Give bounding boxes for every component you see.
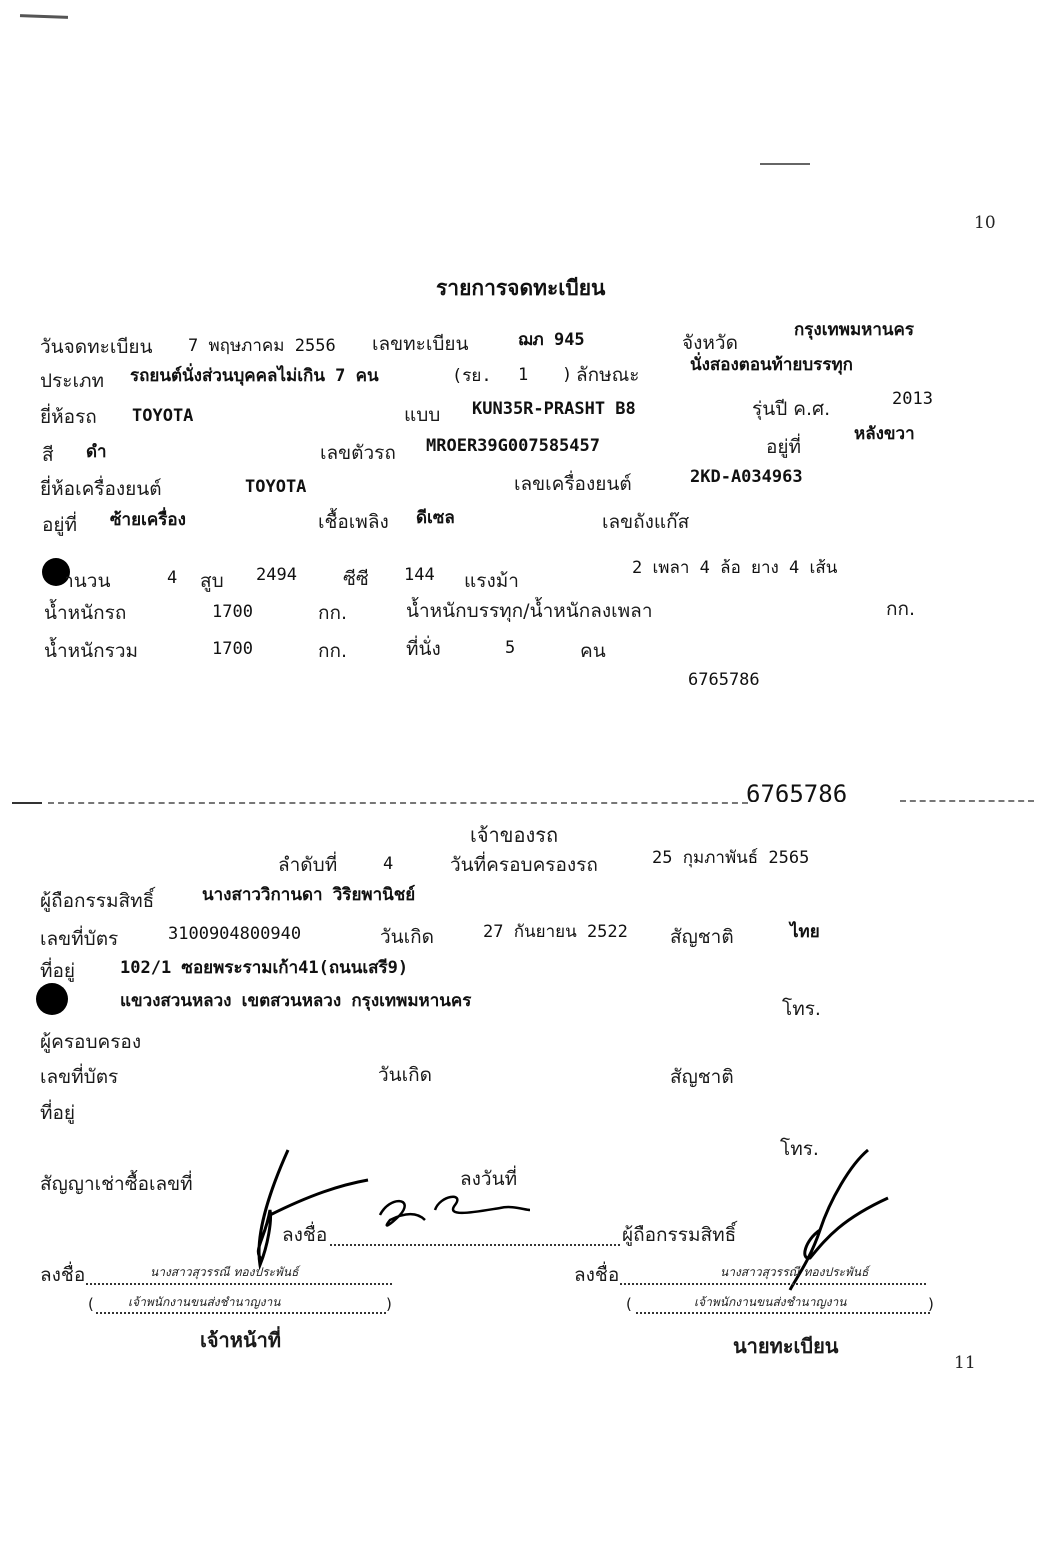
model-year: 2013 [892, 391, 933, 408]
dob-label: วันเกิด [380, 928, 434, 947]
hp-unit: แรงม้า [464, 572, 519, 591]
engine-number: 2KD-A034963 [690, 469, 803, 486]
nationality-label: สัญชาติ [670, 928, 734, 947]
owner-title: เจ้าของรถ [470, 825, 558, 845]
id-number: 3100904800940 [168, 926, 301, 943]
form-serial: 6765786 [688, 672, 760, 689]
plate-label: เลขทะเบียน [372, 335, 469, 354]
possessor-dob-label: วันเกิด [378, 1066, 432, 1085]
officer-sign-line [86, 1283, 392, 1285]
weight-unit: กก. [318, 604, 347, 623]
type-label: ประเภท [40, 372, 104, 391]
registrar-position: เจ้าพนักงานขนส่งชำนาญงาน [694, 1296, 847, 1308]
load-label: น้ำหนักบรรทุก/น้ำหนักลงเพลา [406, 602, 653, 621]
model: KUN35R-PRASHT B8 [472, 401, 636, 418]
body-label: ลักษณะ [576, 366, 640, 385]
possessor-label: ผู้ครอบครอง [40, 1033, 141, 1052]
engine-location-label: อยู่ที่ [42, 516, 77, 535]
holder-name: นางสาววิกานดา วิริยพานิชย์ [202, 887, 415, 904]
gross-weight-label: น้ำหนักรวม [44, 642, 138, 661]
holder-sign-role: ผู้ถือกรรมสิทธิ์ [622, 1226, 736, 1245]
address-label: ที่อยู่ [40, 962, 75, 981]
color: ดำ [86, 444, 107, 461]
registrar-position-open: ( [626, 1297, 632, 1312]
fuel-type: ดีเซล [416, 510, 455, 527]
engine-location: ซ้ายเครื่อง [110, 512, 186, 529]
registrar-sign-label: ลงชื่อ [574, 1266, 619, 1285]
vehicle-type: รถยนต์นั่งส่วนบุคคลไม่เกิน 7 คน [130, 368, 379, 385]
type-code-close: ) [562, 367, 572, 384]
redaction-dot [36, 983, 68, 1015]
engine-number-label: เลขเครื่องยนต์ [514, 475, 632, 494]
registrar-position-line [636, 1312, 930, 1314]
officer-position-line [96, 1312, 386, 1314]
contract-label: สัญญาเช่าซื้อเลขที่ [40, 1175, 193, 1194]
cc-unit: ซีซี [343, 570, 369, 589]
order-label: ลำดับที่ [278, 856, 337, 875]
reg-date-label: วันจดทะเบียน [40, 338, 153, 357]
possessor-address-label: ที่อยู่ [40, 1104, 75, 1123]
seats-unit: คน [580, 642, 606, 661]
registrar-sign-line [620, 1283, 926, 1285]
gross-unit: กก. [318, 642, 347, 661]
registration-title: รายการจดทะเบียน [436, 278, 605, 299]
address-line-1: 102/1 ซอยพระรามเก้า41(ถนนเสรี9) [120, 960, 408, 977]
fuel-label: เชื้อเพลิง [318, 513, 389, 532]
cylinders-unit: สูบ [200, 572, 224, 591]
body-style: นั่งสองตอนท้ายบรรทุก [690, 357, 853, 374]
province-label: จังหวัด [682, 334, 738, 353]
type-code: 1 [518, 367, 528, 384]
nationality: ไทย [790, 924, 820, 941]
section-divider-dashed [48, 802, 748, 804]
page-number-bottom: 11 [954, 1355, 976, 1372]
date-of-birth: 27 กันยายน 2522 [483, 924, 628, 941]
seats: 5 [505, 640, 515, 657]
gross-weight: 1700 [212, 641, 253, 658]
gas-tank-label: เลขถังแก๊ส [602, 513, 689, 532]
serial-partial: 6765786 [746, 782, 847, 802]
model-label: แบบ [404, 406, 440, 425]
officer-position: เจ้าพนักงานขนส่งชำนาญงาน [128, 1296, 281, 1308]
possession-date-label: วันที่ครอบครองรถ [450, 856, 598, 875]
officer-role: เจ้าหน้าที่ [200, 1330, 281, 1350]
weight-label: น้ำหนักรถ [44, 604, 126, 623]
address-line-2: แขวงสวนหลวง เขตสวนหลวง กรุงเทพมหานคร [120, 993, 471, 1010]
officer-name: นางสาวสุวรรณี ทองประพันธ์ [150, 1266, 298, 1278]
phone-label: โทร. [782, 1000, 821, 1019]
chassis-number: MROER39G007585457 [426, 438, 600, 455]
province: กรุงเทพมหานคร [794, 322, 914, 339]
brand: TOYOTA [132, 408, 193, 425]
year-label: รุ่นปี ค.ศ. [752, 400, 830, 419]
officer-sign-label: ลงชื่อ [40, 1266, 85, 1285]
registrar-name: นางสาวสุวรรณี ทองประพันธ์ [720, 1266, 868, 1278]
plate-number: ฌภ 945 [518, 332, 585, 349]
possessor-nationality-label: สัญชาติ [670, 1068, 734, 1087]
chassis-location-label: อยู่ที่ [766, 438, 801, 457]
section-divider [12, 802, 42, 804]
horsepower: 144 [404, 567, 435, 584]
type-code-open: (รย. [452, 368, 492, 385]
id-label: เลขที่บัตร [40, 930, 118, 949]
scan-mark [760, 163, 810, 165]
seats-label: ที่นั่ง [406, 640, 441, 659]
vehicle-weight: 1700 [212, 604, 253, 621]
cylinders: 4 [167, 570, 177, 587]
engine-brand-label: ยี่ห้อเครื่องยนต์ [40, 480, 162, 499]
page-number-top: 10 [974, 215, 996, 232]
engine-brand: TOYOTA [245, 479, 306, 496]
color-label: สี [42, 446, 54, 465]
section-divider-dashed [900, 800, 1034, 802]
signature-officer [240, 1140, 540, 1280]
order-number: 4 [383, 856, 393, 873]
possession-date: 25 กุมภาพันธ์ 2565 [652, 850, 809, 867]
redaction-dot [42, 558, 70, 586]
holder-label: ผู้ถือกรรมสิทธิ์ [40, 892, 154, 911]
reg-date: 7 พฤษภาคม 2556 [188, 338, 336, 355]
registrar-role: นายทะเบียน [733, 1336, 838, 1356]
officer-position-close: ) [386, 1297, 392, 1312]
officer-position-open: ( [88, 1297, 94, 1312]
axles-wheels: 2 เพลา 4 ล้อ ยาง 4 เส้น [632, 560, 837, 577]
chassis-location: หลังขวา [854, 426, 915, 443]
engine-cc: 2494 [256, 567, 297, 584]
chassis-label: เลขตัวรถ [320, 444, 396, 463]
brand-label: ยี่ห้อรถ [40, 408, 97, 427]
scan-mark [20, 14, 68, 19]
load-unit: กก. [886, 600, 915, 619]
possessor-id-label: เลขที่บัตร [40, 1068, 118, 1087]
registrar-position-close: ) [928, 1297, 934, 1312]
